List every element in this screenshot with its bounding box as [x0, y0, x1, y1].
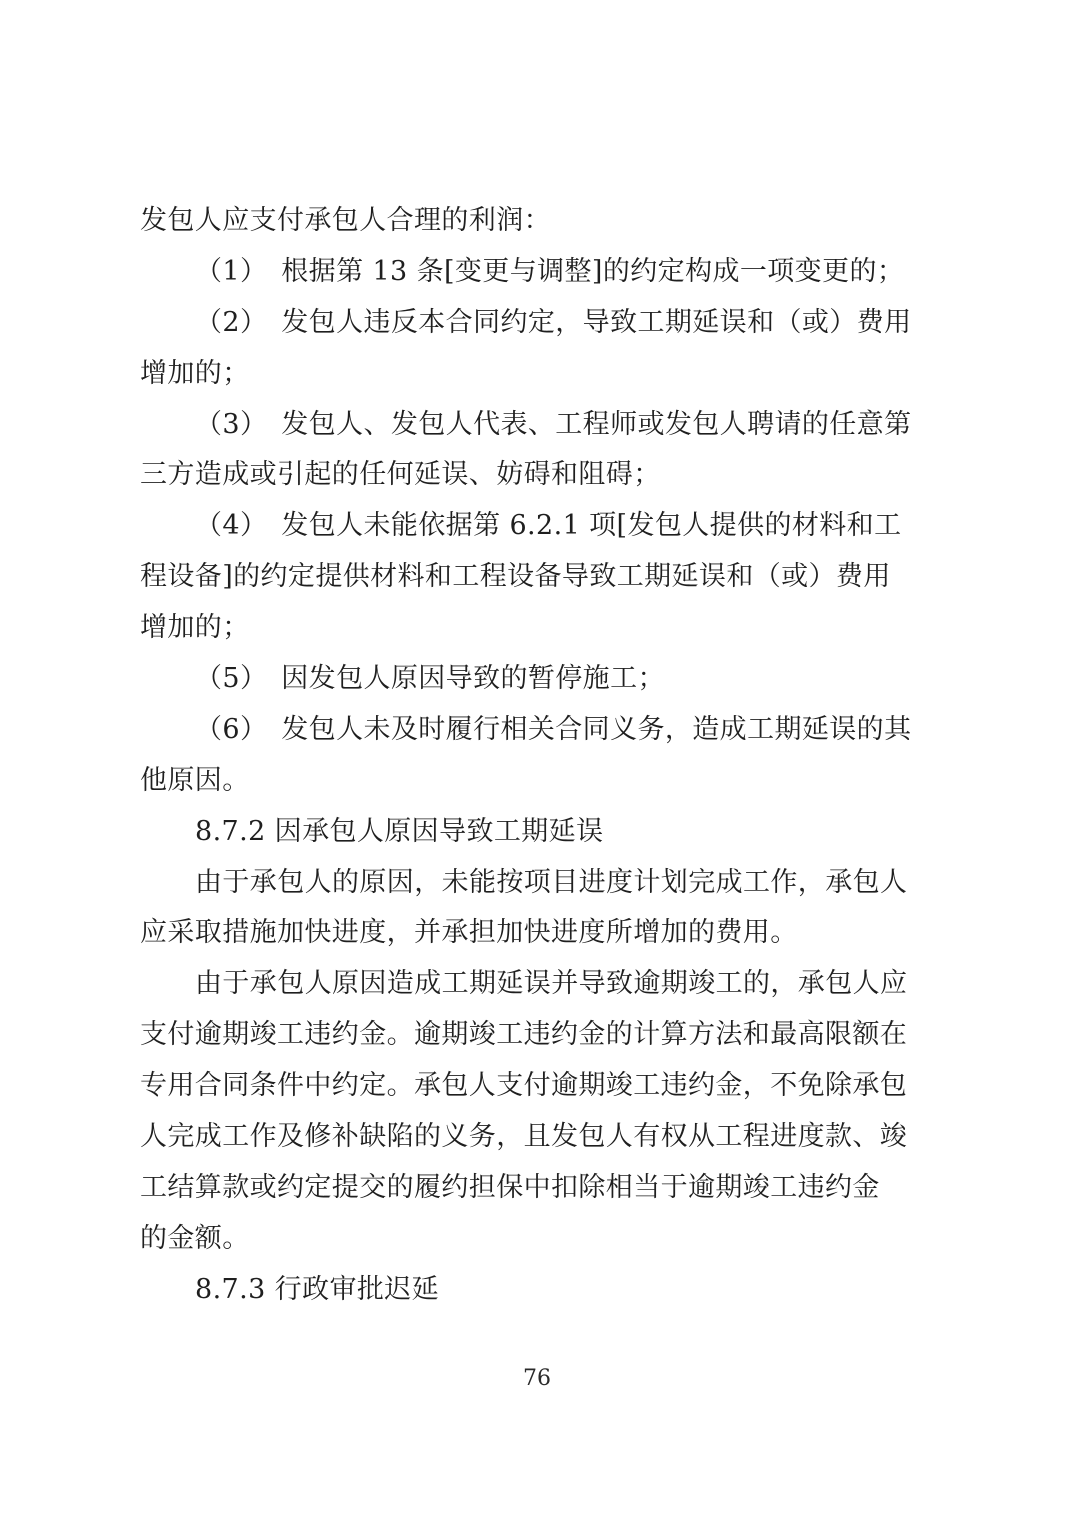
- text-line: （1） 根据第 13 条[变更与调整]的约定构成一项变更的；: [140, 247, 936, 298]
- text-line: 应采取措施加快进度，并承担加快进度所增加的费用。: [140, 908, 936, 959]
- text-line: （2） 发包人违反本合同约定，导致工期延误和（或）费用: [140, 298, 936, 349]
- text-line: 工结算款或约定提交的履约担保中扣除相当于逾期竣工违约金: [140, 1163, 936, 1214]
- text-line: （3） 发包人、发包人代表、工程师或发包人聘请的任意第: [140, 400, 936, 451]
- document-page: 发包人应支付承包人合理的利润：（1） 根据第 13 条[变更与调整]的约定构成一…: [0, 0, 1074, 1520]
- text-line: 支付逾期竣工违约金。逾期竣工违约金的计算方法和最高限额在: [140, 1010, 936, 1061]
- text-line: 由于承包人的原因，未能按项目进度计划完成工作，承包人: [140, 858, 936, 909]
- text-line: 程设备]的约定提供材料和工程设备导致工期延误和（或）费用: [140, 552, 936, 603]
- page-number: 76: [0, 1366, 1074, 1391]
- text-line: 增加的；: [140, 603, 936, 654]
- text-line: 8.7.3 行政审批迟延: [140, 1265, 936, 1316]
- text-line: 增加的；: [140, 349, 936, 400]
- text-line: 三方造成或引起的任何延误、妨碍和阻碍；: [140, 450, 936, 501]
- text-line: 人完成工作及修补缺陷的义务，且发包人有权从工程进度款、竣: [140, 1112, 936, 1163]
- text-line: （6） 发包人未及时履行相关合同义务，造成工期延误的其: [140, 705, 936, 756]
- text-line: 8.7.2 因承包人原因导致工期延误: [140, 807, 936, 858]
- text-line: 的金额。: [140, 1214, 936, 1265]
- text-line: （4） 发包人未能依据第 6.2.1 项[发包人提供的材料和工: [140, 501, 936, 552]
- text-line: 发包人应支付承包人合理的利润：: [140, 196, 936, 247]
- text-line: 由于承包人原因造成工期延误并导致逾期竣工的，承包人应: [140, 959, 936, 1010]
- text-line: （5） 因发包人原因导致的暂停施工；: [140, 654, 936, 705]
- text-line: 专用合同条件中约定。承包人支付逾期竣工违约金，不免除承包: [140, 1061, 936, 1112]
- document-text-block: 发包人应支付承包人合理的利润：（1） 根据第 13 条[变更与调整]的约定构成一…: [140, 196, 936, 1316]
- text-line: 他原因。: [140, 756, 936, 807]
